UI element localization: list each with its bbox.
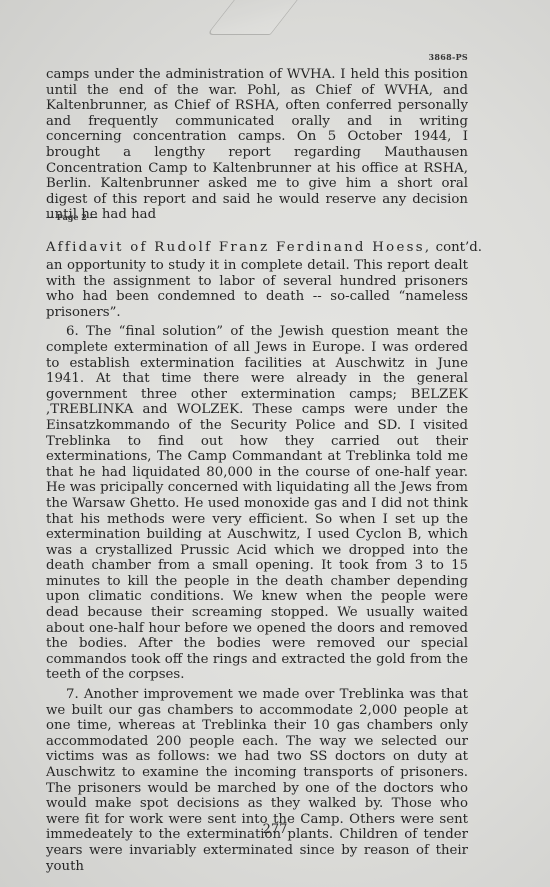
page-number: 277 bbox=[0, 822, 550, 837]
paragraph-6: 6. The “final solution” of the Jewish qu… bbox=[46, 324, 468, 683]
running-heading: Affidavit of Rudolf Franz Ferdinand Hoes… bbox=[46, 240, 468, 256]
text-block-page1-end: camps under the administration of WVHA. … bbox=[46, 67, 468, 223]
paragraph-continued: camps under the administration of WVHA. … bbox=[46, 67, 468, 223]
page-marker: — Page 2 — bbox=[46, 212, 98, 222]
document-page: 3868-PS camps under the administration o… bbox=[0, 0, 550, 887]
paper-tab-artifact bbox=[206, 0, 305, 35]
heading-title: Affidavit of Rudolf Franz Ferdinand Hoes… bbox=[46, 240, 431, 255]
paragraph-7: 7. Another improvement we made over Treb… bbox=[46, 687, 468, 874]
paragraph-continuation: an opportunity to study it in complete d… bbox=[46, 258, 468, 320]
document-id: 3868-PS bbox=[429, 52, 468, 62]
heading-suffix: cont’d. bbox=[431, 240, 482, 255]
text-block-page2: an opportunity to study it in complete d… bbox=[46, 258, 468, 874]
